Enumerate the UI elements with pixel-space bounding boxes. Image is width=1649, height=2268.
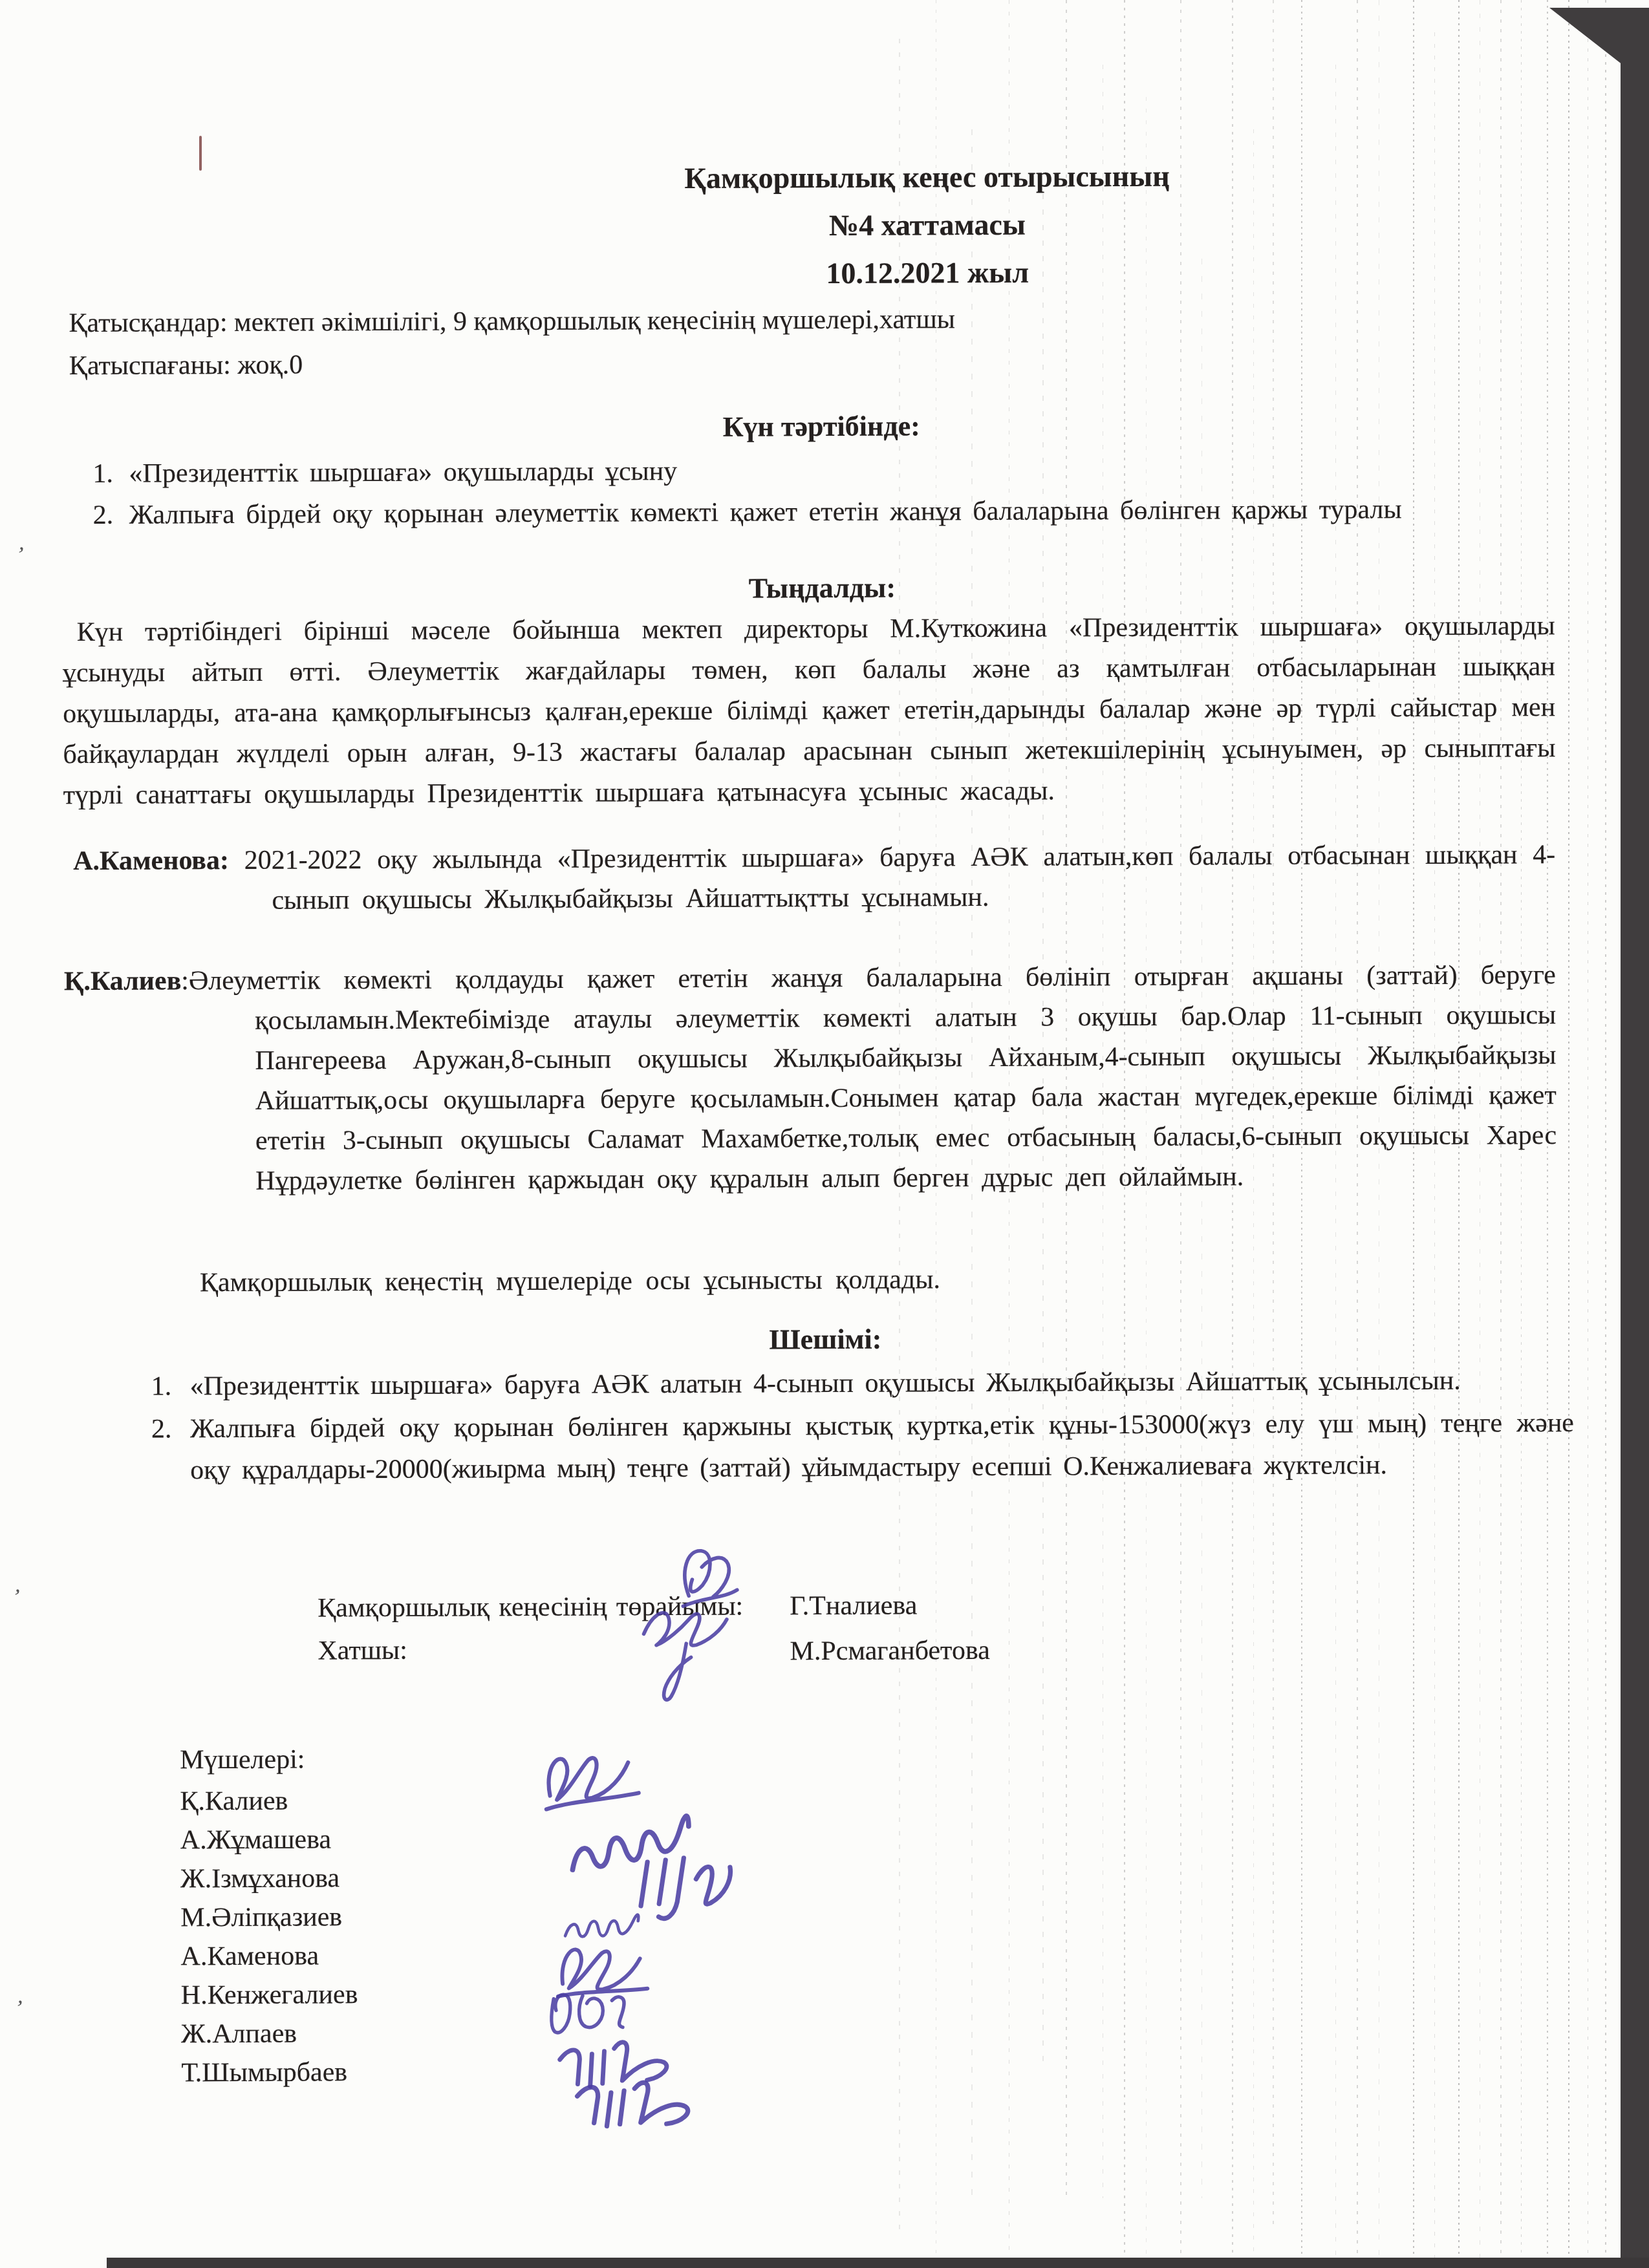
member-signature-ink <box>517 1931 690 2011</box>
member-name: Ж.Алпаев <box>181 2013 297 2055</box>
speaker-name: Қ.Калиев <box>64 966 182 996</box>
council-support-line: Қамқоршылық кеңестің мүшелеріде осы ұсын… <box>200 1259 940 1303</box>
title-line-1: Қамқоршылық кеңес отырысының <box>209 150 1644 204</box>
member-name: А.Жұмашева <box>180 1819 332 1861</box>
member-name: Н.Кенжегалиев <box>181 1974 358 2016</box>
decision-item: 1. «Президенттік шыршаға» баруға АӘК ала… <box>151 1360 1574 1407</box>
decision-item-number: 1. <box>151 1365 172 1407</box>
attendees-absent-line: Қатыспағаны: жоқ.0 <box>69 338 1557 387</box>
scanned-document-page: Қамқоршылық кеңес отырысының №4 хаттамас… <box>0 0 1649 2268</box>
members-heading: Мүшелері: <box>180 1739 305 1781</box>
agenda-item-number: 1. <box>92 453 113 495</box>
scanner-edge-right <box>1621 8 1649 2268</box>
agenda-item-text: Жалпыға бірдей оқу қорынан әлеуметтік кө… <box>129 495 1402 530</box>
speaker-name: А.Каменова: <box>73 846 229 876</box>
member-name: А.Каменова <box>180 1935 319 1977</box>
agenda-item-number: 2. <box>93 495 114 536</box>
attendees-present-line: Қатысқандар: мектеп әкімшілігі, 9 қамқор… <box>69 295 1556 345</box>
decision-item: 2. Жалпыға бірдей оқу қорынан бөлінген қ… <box>151 1402 1575 1492</box>
member-signature-ink <box>607 1837 764 1932</box>
member-name: Қ.Калиев <box>180 1781 288 1823</box>
member-name: Т.Шымырбаев <box>181 2051 347 2093</box>
speech-kamenova: А.Каменова: 2021-2022 оқу жылында «Прези… <box>73 835 1556 921</box>
agenda-list: 1. «Президенттік шыршаға» оқушыларды ұсы… <box>92 447 1555 536</box>
scanner-edge-bottom <box>107 2258 1649 2268</box>
speech-text: :Әлеуметтік көмекті қолдауды қажет ететі… <box>181 960 1557 1196</box>
document-title: Қамқоршылық кеңес отырысының №4 хаттамас… <box>0 150 1645 301</box>
member-name: Ж.Ізмұханова <box>180 1857 339 1899</box>
speech-text: 2021-2022 оқу жылында «Президенттік шырш… <box>244 840 1555 915</box>
secretary-signature-label: Хатшы: <box>318 1630 407 1672</box>
decision-heading: Шешімі: <box>1 1315 1649 1364</box>
chair-signature-label: Қамқоршылық кеңесінің төрайымы: <box>318 1586 743 1629</box>
heard-heading: Тыңдалды: <box>0 564 1646 612</box>
member-signature-ink <box>510 1973 668 2047</box>
member-name: М.Әліпқазиев <box>180 1896 342 1938</box>
scan-red-mark <box>199 136 202 171</box>
heard-paragraph: Күн тәртібіндегі бірінші мәселе бойынша … <box>62 606 1555 816</box>
member-signature-ink <box>517 1897 686 1959</box>
attendees-block: Қатысқандар: мектеп әкімшілігі, 9 қамқор… <box>69 295 1557 387</box>
member-signature-ink <box>510 2055 753 2144</box>
secretary-name: М.Рсмаганбетова <box>790 1630 990 1672</box>
title-line-3: 10.12.2021 жыл <box>210 246 1645 300</box>
agenda-item: 1. «Президенттік шыршаға» оқушыларды ұсы… <box>92 447 1554 495</box>
agenda-item-text: «Президенттік шыршаға» оқушыларды ұсыну <box>129 456 677 489</box>
member-signature-ink <box>515 1736 667 1822</box>
document-content: Қамқоршылық кеңес отырысының №4 хаттамас… <box>0 0 1649 2268</box>
agenda-item: 2. Жалпыға бірдей оқу қорынан әлеуметтік… <box>93 488 1555 536</box>
speech-kaliev: Қ.Калиев:Әлеуметтік көмекті қолдауды қаж… <box>64 955 1557 1202</box>
decision-item-text: «Президенттік шыршаға» баруға АӘК алатын… <box>190 1366 1461 1402</box>
member-signature-ink <box>488 1775 773 1918</box>
decision-item-text: Жалпыға бірдей оқу қорынан бөлінген қарж… <box>190 1408 1574 1485</box>
decision-list: 1. «Президенттік шыршаға» баруға АӘК ала… <box>151 1360 1575 1493</box>
member-signature-ink <box>511 2019 713 2098</box>
agenda-heading: Күн тәртібінде: <box>0 402 1646 451</box>
decision-item-number: 2. <box>151 1408 172 1450</box>
chair-name: Г.Тналиева <box>790 1585 917 1627</box>
title-line-2: №4 хаттамасы <box>210 198 1645 252</box>
